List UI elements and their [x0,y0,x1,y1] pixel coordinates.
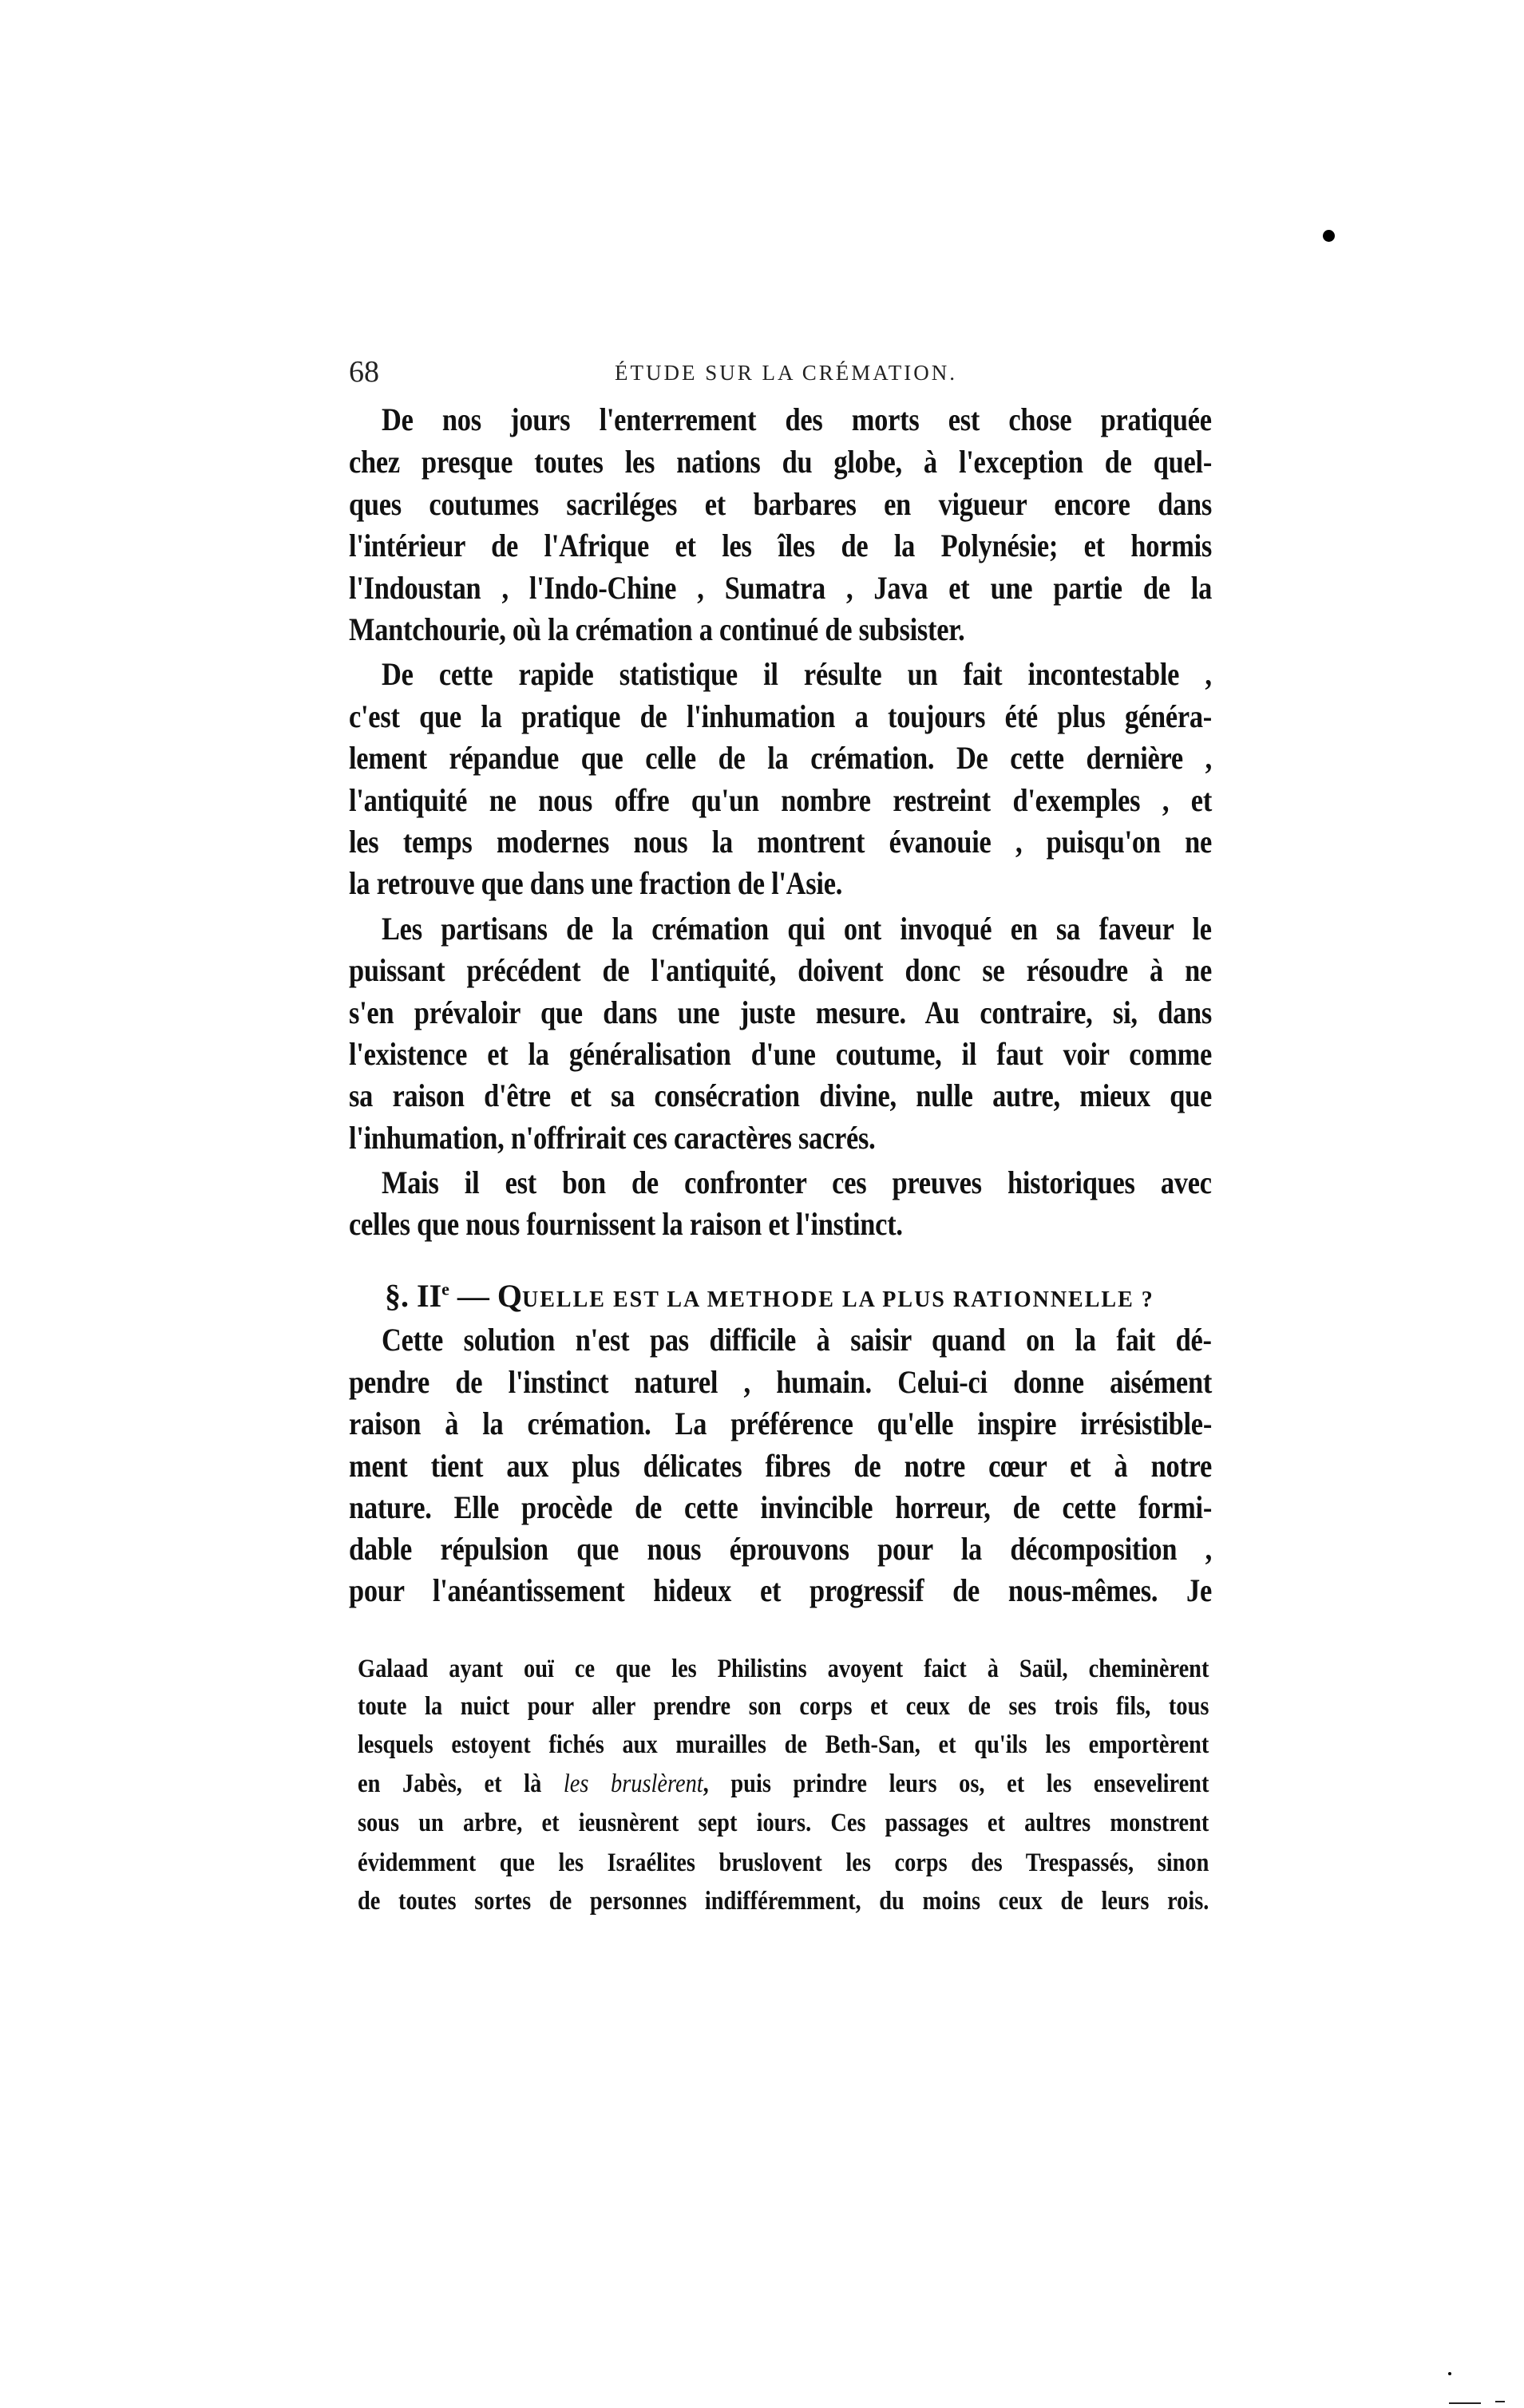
footnote-text: , puis prindre leurs os, et les enseveli… [703,1769,1209,1798]
section-title: UELLE EST LA METHODE LA PLUS RATIONNELLE… [522,1287,1154,1312]
footnote-line: lesquels estoyent fichés aux murailles d… [358,1732,1209,1758]
ink-blot-mark [1323,230,1335,242]
running-head: ÉTUDE SUR LA CRÉMATION. [615,361,957,386]
text-line: celles que nous fournissent la raison et… [349,1208,903,1240]
text-line: l'intérieur de l'Afrique et les îles de … [349,530,1212,562]
text-line: raison à la crémation. La préférence qu'… [349,1408,1212,1440]
footnote-italic-text: les bruslèrent [564,1769,703,1798]
text-line: dable répulsion que nous éprouvons pour … [349,1533,1212,1565]
text-line: l'inhumation, n'offrirait ces caractères… [349,1122,876,1154]
text-line: chez presque toutes les nations du globe… [349,446,1212,478]
section-dash: — [449,1278,497,1314]
text-line: l'Indoustan , l'Indo-Chine , Sumatra , J… [349,572,1212,604]
text-line: sa raison d'être et sa consécration divi… [349,1080,1212,1112]
text-line: Cette solution n'est pas difficile à sai… [382,1324,1212,1356]
text-line: lement répandue que celle de la crématio… [349,742,1212,774]
footnote-line: Galaad ayant ouï ce que les Philistins a… [358,1656,1209,1682]
footnote-line: évidemment que les Israélites bruslovent… [358,1850,1209,1876]
footnote-line: de toutes sortes de personnes indifférem… [358,1888,1209,1915]
section-ordinal-suffix: e [441,1279,449,1299]
scan-edge-mark [1449,2402,1481,2404]
text-line: Les partisans de la crémation qui ont in… [382,913,1212,945]
text-line: les temps modernes nous la montrent évan… [349,826,1212,858]
page-number: 68 [349,354,379,389]
footnote-text: en Jabès, et là [358,1769,564,1798]
text-line: De nos jours l'enterrement des morts est… [382,404,1212,436]
text-line: pendre de l'instinct naturel , humain. C… [349,1366,1212,1398]
footnote-line: toute la nuict pour aller prendre son co… [358,1694,1209,1720]
text-line: s'en prévaloir que dans une juste mesure… [349,997,1212,1029]
text-line: nature. Elle procède de cette invincible… [349,1492,1212,1524]
text-line: Mantchourie, où la crémation a continué … [349,614,964,646]
text-line: pour l'anéantissement hideux et progress… [349,1575,1212,1607]
scanned-book-page: 68 ÉTUDE SUR LA CRÉMATION. De nos jours … [0,0,1524,2408]
section-heading: §. IIe — QUELLE EST LA METHODE LA PLUS R… [385,1277,1154,1315]
text-line: l'antiquité ne nous offre qu'un nombre r… [349,785,1212,817]
text-line: Mais il est bon de confronter ces preuve… [382,1167,1212,1199]
text-line: De cette rapide statistique il résulte u… [382,658,1212,690]
scan-edge-mark [1495,2401,1505,2402]
section-number: §. II [385,1278,441,1314]
text-line: ques coutumes sacriléges et barbares en … [349,488,1212,520]
footnote-line: sous un arbre, et ieusnèrent sept iours.… [358,1810,1209,1837]
text-line: la retrouve que dans une fraction de l'A… [349,868,842,900]
section-title-initial: Q [497,1278,522,1314]
text-line: c'est que la pratique de l'inhumation a … [349,701,1212,733]
text-line: puissant précédent de l'antiquité, doive… [349,955,1212,987]
text-line: l'existence et la généralisation d'une c… [349,1038,1212,1070]
scan-speck [1448,2372,1451,2375]
footnote-line: en Jabès, et là les bruslèrent, puis pri… [358,1771,1209,1797]
text-line: ment tient aux plus délicates fibres de … [349,1450,1212,1482]
